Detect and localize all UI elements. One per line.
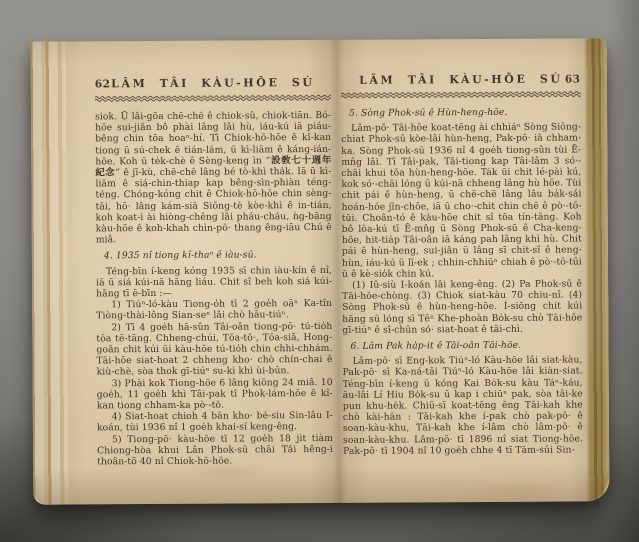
paragraph: siok. Ū lâi-gōa chē-chē ê chiok-sû, chio… (95, 110, 332, 246)
right-page-edge-stack (585, 38, 610, 501)
right-running-title: LÂM TÂI KÀU-HŌE SÚ (357, 73, 565, 87)
right-page: 00 LÂM TÂI KÀU-HŌE SÚ 63 5. Sòng Phok-sū… (341, 72, 583, 457)
book-photograph: 62 LÂM TÂI KÀU-HŌE SÚ 00 siok. Ū lâi-gōa… (0, 0, 639, 542)
right-page-header: 00 LÂM TÂI KÀU-HŌE SÚ 63 (341, 72, 581, 86)
right-page-number: 63 (565, 73, 581, 85)
list-item: 5) Tiong-pō· kàu-hōe tī 12 goe̍h 18 ji̍t… (97, 433, 333, 468)
open-book: 62 LÂM TÂI KÀU-HŌE SÚ 00 siok. Ū lâi-gōa… (31, 38, 610, 505)
decorative-wavy-rule (95, 94, 331, 102)
left-running-title: LÂM TÂI KÀU-HŌE SÚ (111, 76, 315, 90)
paragraph: (1) Iû-siù I-koán lâi keng-êng. (2) Pa P… (342, 278, 582, 335)
list-item: 1) Tiúⁿ-ló-kàu Tiong-o̍h tī 2 goe̍h oāⁿ … (96, 298, 332, 322)
paragraph: Lâm-pō· Tāi-hōe koat-tēng ài chhiáⁿ Sòng… (341, 122, 582, 280)
section-heading: 4. 1935 nî tiong kî-thaⁿ ê iàu-sū. (96, 249, 332, 262)
list-item: 4) Siat-hoat chioh 4 bān kho· bé-siu Sin… (97, 410, 333, 434)
list-item: 2) Tī 4 goe̍h hā-sûn Tâi-oân tiong-pō· t… (96, 321, 332, 378)
paragraph: Lâm-pō· sī Eng-kok Tiúⁿ-ló Kàu-hōe lâi s… (343, 355, 584, 457)
paper-stain (463, 478, 573, 505)
left-page-edge-stack (31, 42, 72, 505)
paragraph: Téng-bīn í-keng kóng 1935 sī chin iàu-kí… (96, 265, 332, 300)
paragraph-text: ” ê jī-kù, chē-chē lâng bé tò-khì tha̍k.… (95, 166, 331, 246)
list-item: 3) Phài kok Tiong-hōe 6 lâng kiōng 24 mi… (97, 377, 333, 412)
section-heading: 5. Sòng Phok-sū ê Hùn-heng-hōe. (341, 106, 581, 119)
section-heading: 6. Lâm Pak ha̍p-it ê Tâi-oân Tāi-hōe. (342, 339, 582, 352)
left-page-body: siok. Ū lâi-gōa chē-chē ê chiok-sû, chio… (95, 110, 333, 468)
decorative-wavy-rule (341, 90, 581, 98)
left-page-header: 62 LÂM TÂI KÀU-HŌE SÚ 00 (95, 76, 331, 90)
left-page: 62 LÂM TÂI KÀU-HŌE SÚ 00 siok. Ū lâi-gōa… (95, 76, 333, 468)
left-page-number: 62 (95, 78, 111, 90)
right-page-body: 5. Sòng Phok-sū ê Hùn-heng-hōe. Lâm-pō· … (341, 106, 583, 457)
